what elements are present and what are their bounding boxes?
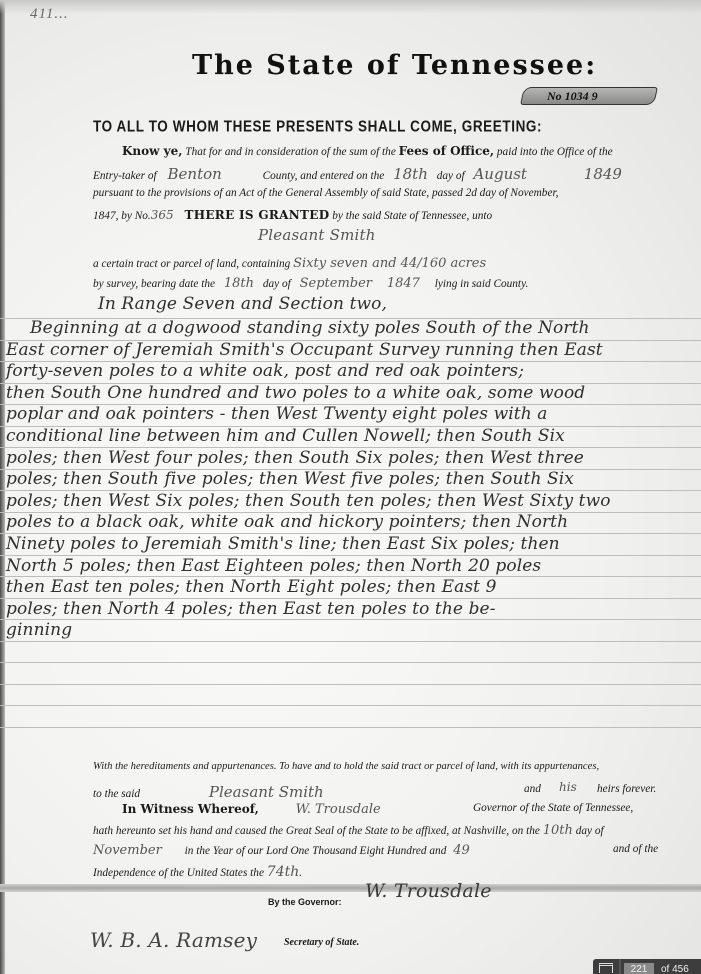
description-line: then South One hundred and two poles to … bbox=[6, 383, 585, 403]
description-line: Beginning at a dogwood standing sixty po… bbox=[30, 318, 590, 338]
pronoun: his bbox=[559, 780, 577, 794]
description-line: ginning bbox=[6, 620, 72, 640]
para1-line1: Know ye, That for and in consideration o… bbox=[122, 144, 613, 158]
know-ye: Know ye, bbox=[122, 144, 182, 158]
para2-line3: In Witness Whereof, W. Trousdale Governo… bbox=[122, 802, 662, 817]
description-line: conditional line between him and Cullen … bbox=[6, 426, 565, 446]
grantee-name-2: Pleasant Smith bbox=[209, 783, 324, 801]
secretary-label: Secretary of State. bbox=[284, 937, 359, 948]
acreage: Sixty seven and 44/160 acres bbox=[293, 256, 486, 271]
ruled-line bbox=[0, 684, 701, 685]
ruled-line bbox=[0, 662, 701, 663]
document-page: 411... The State of Tennessee: No 1034 9… bbox=[0, 0, 701, 974]
governor-name: W. Trousdale bbox=[296, 802, 381, 817]
survey-month: September bbox=[300, 276, 372, 291]
description-line: poles; then West Six poles; then South t… bbox=[6, 491, 611, 511]
description-line: poles; then North 4 poles; then East ten… bbox=[6, 599, 496, 619]
para1-line4: 1847, by No.365 THERE IS GRANTED by the … bbox=[93, 208, 492, 222]
filmstrip-icon[interactable] bbox=[593, 959, 621, 974]
county-name: Benton bbox=[168, 165, 222, 183]
seal-year: 49 bbox=[453, 843, 470, 858]
entry-day: 18th bbox=[393, 165, 428, 183]
total-pages: of 456 bbox=[661, 963, 689, 974]
description-line: Ninety poles to Jeremiah Smith's line; t… bbox=[6, 534, 560, 554]
page-shadow bbox=[0, 0, 701, 14]
grantee-name: Pleasant Smith bbox=[258, 226, 376, 244]
in-witness-whereof: In Witness Whereof, bbox=[122, 802, 259, 816]
para1-line2: Entry-taker of Benton County, and entere… bbox=[93, 165, 622, 183]
page-divider bbox=[0, 884, 701, 892]
seal-month: November bbox=[93, 843, 162, 858]
entry-number: 365 bbox=[151, 208, 174, 222]
description-line: In Range Seven and Section two, bbox=[98, 294, 387, 314]
grant-number-scroll: No 1034 9 bbox=[520, 87, 658, 105]
description-line: North 5 poles; then East Eighteen poles;… bbox=[6, 556, 541, 576]
description-line: forty-seven poles to a white oak, post a… bbox=[6, 361, 524, 381]
entry-year: 1849 bbox=[584, 165, 622, 183]
description-line: poles to a black oak, white oak and hick… bbox=[6, 512, 568, 532]
independence-year: 74th bbox=[267, 864, 299, 880]
ruled-line bbox=[0, 705, 701, 706]
ruled-line bbox=[0, 641, 701, 642]
viewer-toolbar: 221 of 456 bbox=[593, 959, 701, 974]
para2-line6: Independence of the United States the 74… bbox=[93, 864, 302, 880]
ruled-line bbox=[0, 727, 701, 728]
para2-line4: hath hereunto set his hand and caused th… bbox=[93, 823, 604, 838]
grant-number: No 1034 9 bbox=[523, 88, 655, 104]
para1-line3: pursuant to the provisions of an Act of … bbox=[93, 187, 558, 199]
entry-month: August bbox=[473, 165, 526, 183]
ruled-line bbox=[0, 619, 701, 620]
document-title: The State of Tennessee: bbox=[192, 50, 597, 81]
para1-line6: by survey, bearing date the 18th day of … bbox=[93, 276, 528, 291]
by-the-governor-label: By the Governor: bbox=[268, 897, 342, 907]
governor-signature: W. Trousdale bbox=[365, 880, 492, 902]
survey-day: 18th bbox=[224, 276, 254, 291]
seal-day: 10th bbox=[543, 823, 573, 838]
description-line: poplar and oak pointers - then West Twen… bbox=[6, 404, 548, 424]
description-line: then East ten poles; then North Eight po… bbox=[6, 577, 497, 597]
folio-number: 411... bbox=[30, 6, 69, 23]
fees-of-office: Fees of Office, bbox=[399, 144, 494, 158]
survey-year: 1847 bbox=[387, 276, 420, 291]
description-line: poles; then South five poles; then West … bbox=[6, 469, 574, 489]
description-line: poles; then West four poles; then South … bbox=[6, 448, 584, 468]
para2-line1: With the hereditaments and appurtenances… bbox=[93, 761, 599, 772]
there-is-granted: THERE IS GRANTED bbox=[184, 208, 329, 222]
para2-line5: November in the Year of our Lord One Tho… bbox=[93, 843, 663, 858]
binding-edge bbox=[0, 0, 5, 974]
para2-line2: to the said Pleasant Smith and his heirs… bbox=[93, 783, 653, 801]
greeting: TO ALL TO WHOM THESE PRESENTS SHALL COME… bbox=[93, 118, 542, 135]
para1-line5: a certain tract or parcel of land, conta… bbox=[93, 256, 486, 271]
page-number-input[interactable]: 221 bbox=[624, 963, 654, 974]
description-line: East corner of Jeremiah Smith's Occupant… bbox=[6, 340, 603, 360]
secretary-signature: W. B. A. Ramsey bbox=[90, 928, 257, 952]
